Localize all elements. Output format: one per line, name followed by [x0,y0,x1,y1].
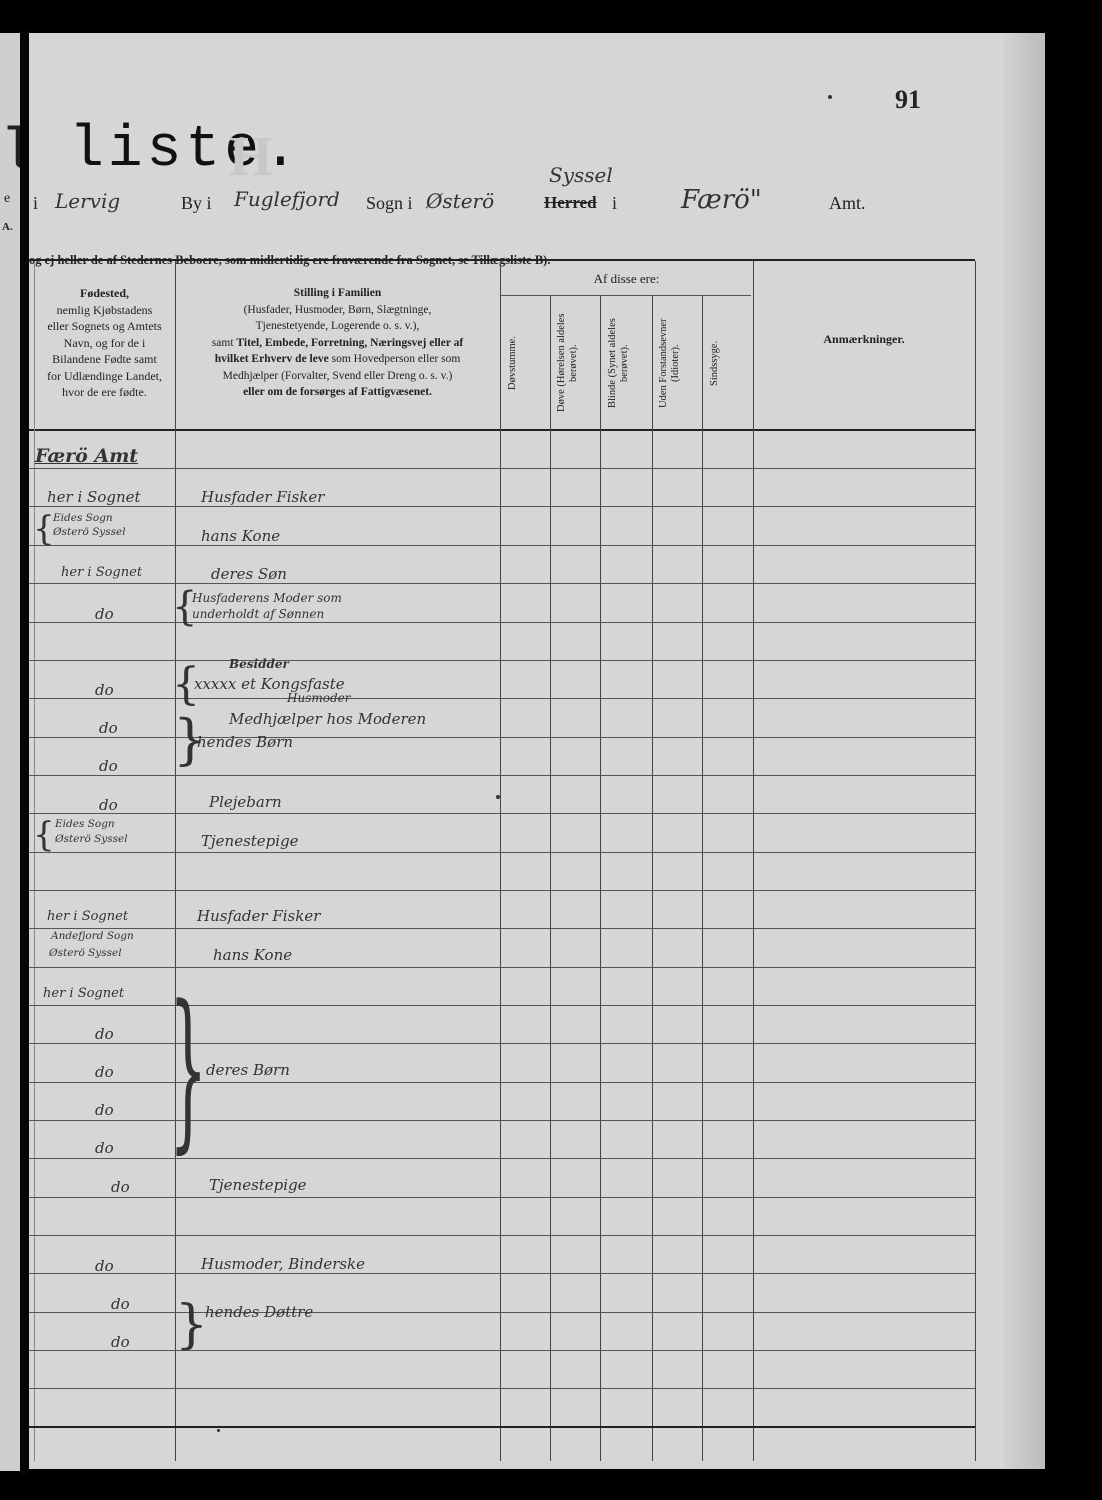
row-9-fodested-line1: Eides Sogn [55,819,115,830]
row-2-fodested-line1: Eides Sogn [53,513,113,524]
header-dovstumme: Døvstumme. [507,303,545,423]
row-17-fodested: do [111,1178,130,1196]
row-rule [29,1197,975,1198]
column-divider [702,295,703,1461]
header-blinde: Blinde (Synet aldeles berøvet). [607,303,647,423]
ink-dot [217,1429,220,1432]
amt-label: Amt. [829,193,866,214]
column-divider [753,261,754,1461]
header-stilling: Stilling i Familien (Husfader, Husmoder,… [175,285,500,401]
row-8-fodested: do [99,796,118,814]
row-18-fodested: do [95,1257,114,1275]
column-divider [175,261,176,1461]
row-rule [29,660,975,661]
column-divider [975,261,976,1461]
row-20-fodested: do [111,1333,130,1351]
column-divider [500,261,501,1461]
row-5-stilling-below: Husmoder [287,693,350,704]
row-2-stilling: hans Kone [201,527,280,545]
column-divider [34,261,35,1461]
header-line: eller Sognets og Amtets [47,319,161,333]
row-9-fodested-line2: Østerö Syssel [55,834,128,845]
row-rule [29,1388,975,1389]
row-10-stilling: Husfader Fisker [197,907,320,925]
herred-suffix: i [612,193,617,214]
column-divider [600,295,601,1461]
row-11-stilling: hans Kone [213,946,292,964]
header-line: nemlig Kjøbstadens [57,303,153,317]
row-4-stilling-line2: underholdt af Sønnen [192,609,324,620]
row-rule [29,583,975,584]
header-line-bold: eller om de forsørges af Fattigvæsenet. [243,386,432,398]
row-7-fodested: do [99,757,118,775]
column-divider [550,295,551,1461]
by-handwritten: Fuglefjord [234,187,340,211]
row-14-fodested: do [95,1063,114,1081]
header-line: Bilandene Fødte samt [52,352,157,366]
row-9-stilling: Tjenestepige [201,832,299,850]
header-bottom-rule [29,429,975,431]
row-5-fodested: do [95,681,114,699]
row-4-fodested: do [95,605,114,623]
title-ghost-letter: H [229,125,273,189]
row-rule [29,1235,975,1236]
row-14-stilling: deres Børn [206,1061,290,1079]
page-edge [1004,33,1045,1469]
row-12-fodested: her i Sognet [43,986,124,1001]
row-8-stilling: Plejebarn [209,793,282,811]
header-line: samt [212,337,237,349]
table-bottom-rule [29,1426,975,1428]
brace-icon: } [175,1295,208,1355]
row-rule [29,737,975,738]
row-15-fodested: do [95,1101,114,1119]
page-number: 91 [895,85,921,115]
prefix-i: i [33,193,38,214]
header-line: Tjenestetyende, Logerende o. s. v.), [256,320,420,332]
herred-struck-label: Herred [544,193,597,213]
row-rule [29,468,975,469]
row-11-fodested-line1: Andefjord Sogn [51,931,134,942]
row-rule [29,1312,975,1313]
census-page: liste. H 91 i Lervig By i Fuglefjord Sog… [29,33,1045,1469]
header-line: (Husfader, Husmoder, Børn, Slægtninge, [244,304,432,316]
row-13-fodested: do [95,1025,114,1043]
row-16-fodested: do [95,1139,114,1157]
page-spine-line [20,30,29,1475]
row-rule [29,1273,975,1274]
row-3-fodested: her i Sognet [61,565,142,580]
row-rule [29,506,975,507]
column-divider [652,295,653,1461]
place-handwritten: Lervig [55,189,120,213]
row-10-fodested: her i Sognet [47,909,128,924]
header-line: Medhjælper (Forvalter, Svend eller Dreng… [223,370,453,382]
herred-replacement-handwritten: Syssel [549,163,613,187]
row-rule [29,852,975,853]
row-17-stilling: Tjenestepige [209,1176,307,1194]
sogn-handwritten: Østerö [426,189,494,213]
row-3-stilling: deres Søn [211,565,287,583]
row-2-fodested-line2: Østerö Syssel [53,527,126,538]
row-5-stilling-above: Besidder [229,659,289,670]
row-rule [29,622,975,623]
row-6-stilling: Medhjælper hos Moderen [229,710,426,728]
row-rule [29,890,975,891]
brace-icon: { [33,509,55,549]
row-6-fodested: do [99,719,118,737]
row-rule [29,928,975,929]
header-dove: Døve (Hørelsen aldeles berøvet). [556,303,596,423]
subheader-rule [500,295,751,296]
row-rule [29,698,975,699]
header-line-bold: hvilket Erhverv de leve [215,353,329,365]
header-line: hvor de ere fødte. [62,385,147,399]
row-rule [29,813,975,814]
row-rule [29,775,975,776]
row-1-stilling: Husfader Fisker [201,488,324,506]
row-rule [29,1350,975,1351]
table-top-rule [29,259,975,261]
header-line-bold: Titel, Embede, Forretning, Næringsvej el… [236,337,463,349]
section-heading: Færö Amt [35,445,138,467]
ink-dot [496,795,500,799]
header-sindssyge: Sindssyge. [709,303,749,423]
header-line: som Hovedperson eller som [329,353,461,365]
row-1-fodested: her i Sognet [47,488,141,506]
header-uden-forstandsevner: Uden Forstandsevner (Idioter). [658,303,698,423]
row-19-fodested: do [111,1295,130,1313]
row-7-stilling: hendes Børn [197,733,293,751]
left-line-fragment: e [4,191,10,207]
brace-icon: { [33,815,55,855]
header-af-disse-ere: Af disse ere: [500,271,753,288]
header-anmaerkninger: Anmærkninger. [753,331,975,348]
header-stilling-title: Stilling i Familien [294,287,382,299]
row-18-stilling: Husmoder, Binderske [201,1255,365,1273]
left-page-fragment: l e A. [0,33,22,1471]
header-fodested: Fødested, nemlig Kjøbstadens eller Sogne… [34,285,175,401]
header-fodested-title: Fødested, [80,286,129,300]
by-label: By i [181,193,212,214]
location-line: i Lervig By i Fuglefjord Sogn i Østerö S… [29,183,1029,233]
header-line: Navn, og for de i [64,336,146,350]
row-4-stilling-line1: Husfaderens Moder som [192,593,342,604]
sogn-label: Sogn i [366,193,413,214]
brace-icon: } [169,983,207,1155]
ink-dot [828,95,832,99]
row-11-fodested-line2: Østerö Syssel [49,948,122,959]
amt-handwritten: Færö" [681,185,762,215]
header-line: for Udlændinge Landet, [47,369,162,383]
row-rule [29,545,975,546]
row-19-stilling: hendes Døttre [205,1303,313,1321]
left-note-fragment: A. [2,221,13,233]
